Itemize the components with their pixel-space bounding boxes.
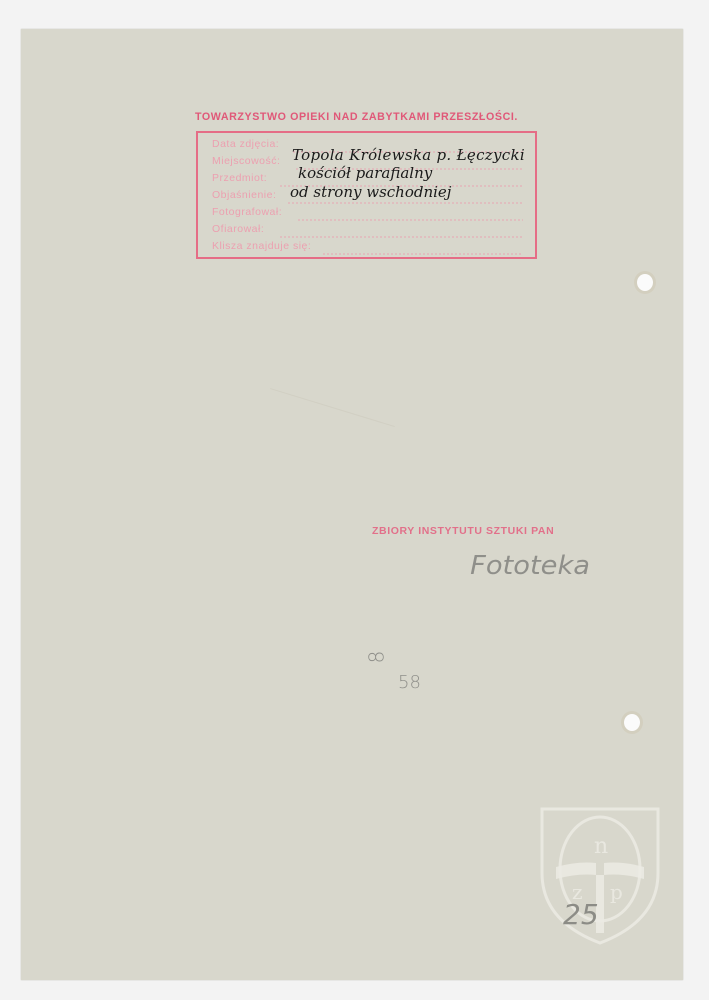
svg-text:p: p xyxy=(610,880,623,904)
handwritten-subject: kościół parafialny xyxy=(298,164,432,182)
pencil-number-58: 58 xyxy=(398,672,421,693)
society-stamp-header: TOWARZYSTWO OPIEKI NAD ZABYTKAMI PRZESZŁ… xyxy=(195,111,518,123)
pencil-note-fototeka: Fototeka xyxy=(470,551,590,581)
handwritten-description: od strony wschodniej xyxy=(290,183,451,201)
handwritten-location: Topola Królewska p. Łęczycki xyxy=(292,146,525,164)
pencil-number-25: 25 xyxy=(563,898,599,931)
pencil-number-8: 8 xyxy=(364,651,388,664)
punch-hole-bottom xyxy=(624,714,640,731)
collection-stamp: ZBIORY INSTYTUTU SZTUKI PAN xyxy=(372,525,554,537)
punch-hole-top xyxy=(637,274,653,291)
watermark-shield-icon: n z p xyxy=(538,803,662,947)
svg-text:n: n xyxy=(594,834,608,859)
